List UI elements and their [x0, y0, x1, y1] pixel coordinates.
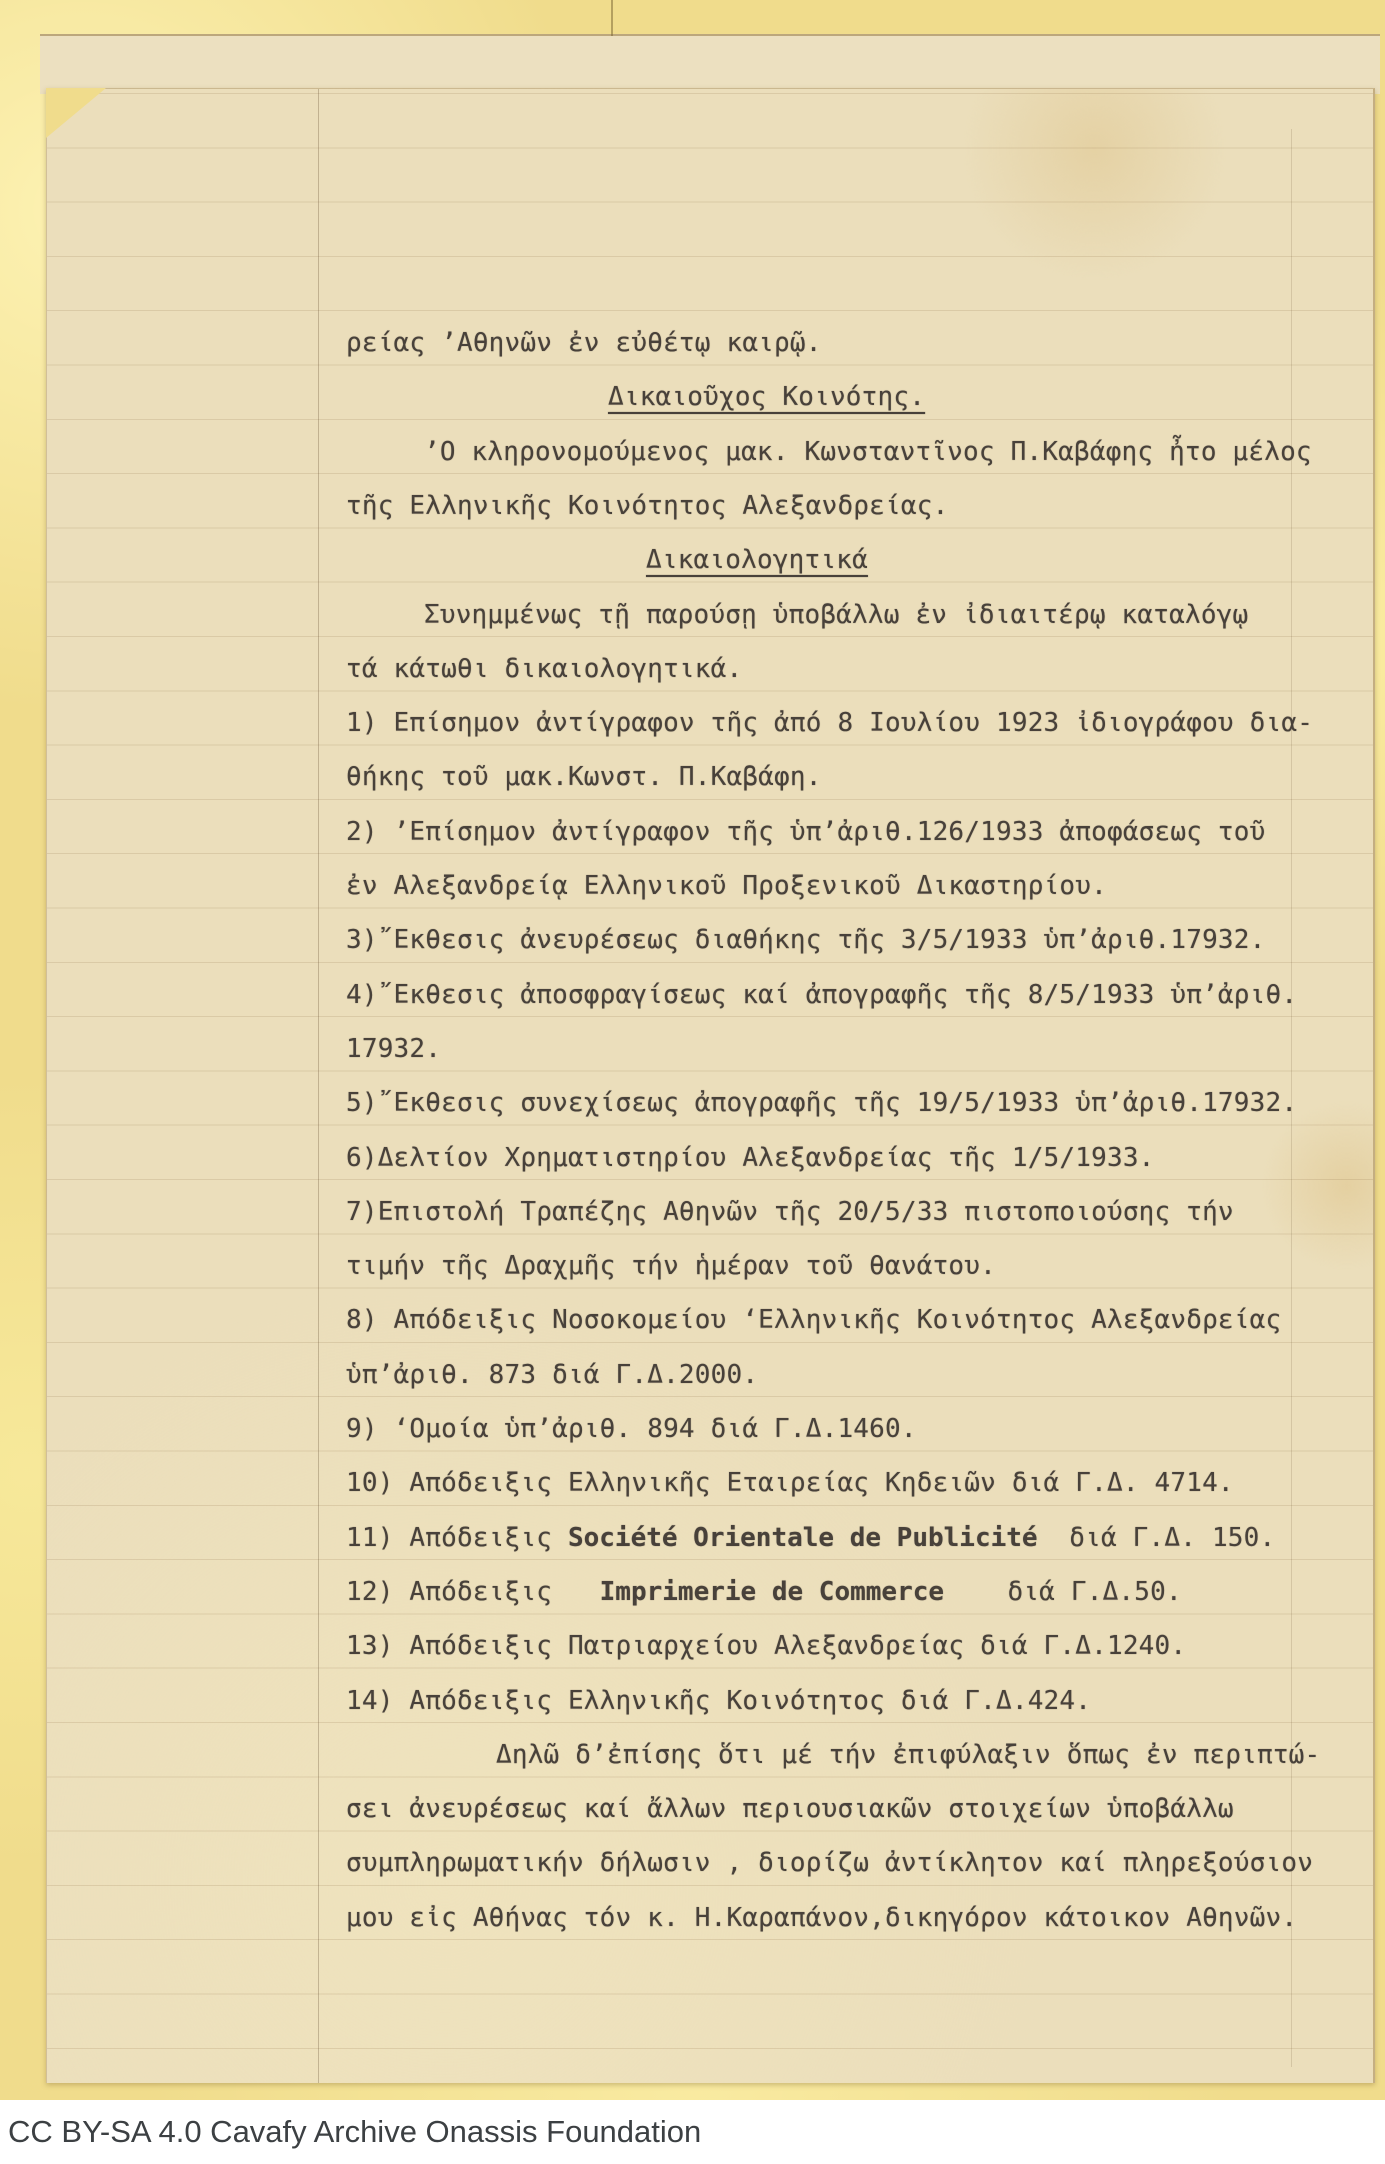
typed-segment: ’Ο κληρονομούμενος μακ. Κωνσταντῖνος Π.Κ… — [424, 437, 1312, 467]
typed-line: Δηλῶ δ’ἐπίσης ὅτι μέ τήν ἐπιφύλαξιν ὅπως… — [496, 1739, 1320, 1771]
scan-background: ρείας ’Αθηνῶν ἐν εὐθέτῳ καιρῷ.Δικαιοῦχος… — [0, 0, 1385, 2100]
typed-line: 8) Απόδειξις Νοσοκομείου ‘Ελληνικῆς Κοιν… — [346, 1304, 1281, 1336]
typed-heading-line: Δικαιολογητικά — [646, 544, 868, 576]
typed-line: τῆς Ελληνικῆς Κοινότητος Αλεξανδρείας. — [346, 490, 948, 522]
typed-segment: τιμήν τῆς Δραχμῆς τήν ἡμέραν τοῦ θανάτου… — [346, 1251, 996, 1281]
typed-line: 4)῎Εκθεσις ἀποσφραγίσεως καί ἀπογραφῆς τ… — [346, 979, 1297, 1011]
typed-segment: μου εἰς Αθήνας τόν κ. Η.Καραπάνον,δικηγό… — [346, 1903, 1297, 1933]
typed-segment: 9) ‘Ομοία ὑπ’ἀριθ. 894 διά Γ.Δ.1460. — [346, 1414, 917, 1444]
typed-line: ὑπ’ἀριθ. 873 διά Γ.Δ.2000. — [346, 1359, 758, 1391]
typed-segment: Δηλῶ δ’ἐπίσης ὅτι μέ τήν ἐπιφύλαξιν ὅπως… — [496, 1740, 1320, 1770]
typed-line: ἐν Αλεξανδρείᾳ Ελληνικοῦ Προξενικοῦ Δικα… — [346, 870, 1107, 902]
document-sheet: ρείας ’Αθηνῶν ἐν εὐθέτῳ καιρῷ.Δικαιοῦχος… — [46, 88, 1375, 2083]
typed-line: 7)Επιστολή Τραπέζης Αθηνῶν τῆς 20/5/33 π… — [346, 1196, 1234, 1228]
typed-latin-segment: Imprimerie de Commerce — [600, 1577, 944, 1607]
typed-line: 13) Απόδειξις Πατριαρχείου Αλεξανδρείας … — [346, 1630, 1186, 1662]
typed-segment: ὑπ’ἀριθ. 873 διά Γ.Δ.2000. — [346, 1360, 758, 1390]
typed-line: 9) ‘Ομοία ὑπ’ἀριθ. 894 διά Γ.Δ.1460. — [346, 1413, 917, 1445]
typed-segment: 1) Επίσημον ἀντίγραφον τῆς ἀπό 8 Ιουλίου… — [346, 708, 1313, 738]
typed-heading-line: Δικαιοῦχος Κοινότης. — [608, 381, 925, 413]
typed-line: τά κάτωθι δικαιολογητικά. — [346, 653, 742, 685]
typed-line: 2) ’Επίσημον ἀντίγραφον τῆς ὑπ’ἀριθ.126/… — [346, 816, 1266, 848]
typed-segment: 6)Δελτίον Χρηματιστηρίου Αλεξανδρείας τῆ… — [346, 1143, 1155, 1173]
typed-segment: 14) Απόδειξις Ελληνικῆς Κοινότητος διά Γ… — [346, 1686, 1091, 1716]
typed-line: τιμήν τῆς Δραχμῆς τήν ἡμέραν τοῦ θανάτου… — [346, 1250, 996, 1282]
typed-line: 11) Απόδειξις Société Orientale de Publi… — [346, 1522, 1275, 1554]
scanned-document-page: ρείας ’Αθηνῶν ἐν εὐθέτῳ καιρῷ.Δικαιοῦχος… — [0, 0, 1385, 2164]
typed-line: Συνημμένως τῇ παρούσῃ ὑποβάλλω ἐν ἰδιαιτ… — [424, 599, 1248, 631]
backing-sheet-edge — [40, 34, 1380, 94]
typed-line: 1) Επίσημον ἀντίγραφον τῆς ἀπό 8 Ιουλίου… — [346, 707, 1313, 739]
typed-segment: τά κάτωθι δικαιολογητικά. — [346, 654, 742, 684]
typed-line: μου εἰς Αθήνας τόν κ. Η.Καραπάνον,δικηγό… — [346, 1902, 1297, 1934]
typed-segment: τῆς Ελληνικῆς Κοινότητος Αλεξανδρείας. — [346, 491, 948, 521]
typed-line: 10) Απόδειξις Ελληνικῆς Εταιρείας Κηδειῶ… — [346, 1467, 1234, 1499]
typed-latin-segment: Société Orientale de Publicité — [568, 1523, 1038, 1553]
typed-segment: 17932. — [346, 1034, 441, 1064]
typed-segment: 11) Απόδειξις — [346, 1523, 568, 1553]
fold-line — [318, 89, 319, 2083]
typed-line: ρείας ’Αθηνῶν ἐν εὐθέτῳ καιρῷ. — [346, 327, 822, 359]
typed-segment: διά Γ.Δ.50. — [944, 1577, 1182, 1607]
typed-line: θήκης τοῦ μακ.Κωνστ. Π.Καβάφη. — [346, 761, 822, 793]
typed-segment: ἐν Αλεξανδρείᾳ Ελληνικοῦ Προξενικοῦ Δικα… — [346, 871, 1107, 901]
page-edge-mark — [611, 0, 613, 36]
typed-line: 5)῎Εκθεσις συνεχίσεως ἀπογραφῆς τῆς 19/5… — [346, 1087, 1297, 1119]
typed-segment: θήκης τοῦ μακ.Κωνστ. Π.Καβάφη. — [346, 762, 822, 792]
attribution-bar: CC BY-SA 4.0 Cavafy Archive Onassis Foun… — [0, 2100, 1385, 2164]
typed-line: 17932. — [346, 1033, 441, 1065]
typed-line: 3)῎Εκθεσις ἀνευρέσεως διαθήκης τῆς 3/5/1… — [346, 924, 1266, 956]
typed-segment: 5)῎Εκθεσις συνεχίσεως ἀπογραφῆς τῆς 19/5… — [346, 1088, 1297, 1118]
typed-segment: Συνημμένως τῇ παρούσῃ ὑποβάλλω ἐν ἰδιαιτ… — [424, 600, 1248, 630]
typed-segment: σει ἀνευρέσεως καί ἄλλων περιουσιακῶν στ… — [346, 1794, 1234, 1824]
typed-line: 6)Δελτίον Χρηματιστηρίου Αλεξανδρείας τῆ… — [346, 1142, 1155, 1174]
typed-segment: 7)Επιστολή Τραπέζης Αθηνῶν τῆς 20/5/33 π… — [346, 1197, 1234, 1227]
license-attribution: CC BY-SA 4.0 Cavafy Archive Onassis Foun… — [0, 2114, 701, 2150]
typed-line: ’Ο κληρονομούμενος μακ. Κωνσταντῖνος Π.Κ… — [424, 436, 1312, 468]
corner-cut — [46, 88, 106, 138]
typed-segment: Δικαιολογητικά — [646, 545, 868, 575]
typed-line: 12) Απόδειξις Imprimerie de Commerce διά… — [346, 1576, 1182, 1608]
typed-segment: 12) Απόδειξις — [346, 1577, 600, 1607]
typed-line: συμπληρωματικήν δήλωσιν , διορίζω ἀντίκλ… — [346, 1847, 1313, 1879]
typed-line: 14) Απόδειξις Ελληνικῆς Κοινότητος διά Γ… — [346, 1685, 1091, 1717]
typed-segment: ρείας ’Αθηνῶν ἐν εὐθέτῳ καιρῷ. — [346, 328, 822, 358]
typed-segment: 4)῎Εκθεσις ἀποσφραγίσεως καί ἀπογραφῆς τ… — [346, 980, 1297, 1010]
typed-segment: συμπληρωματικήν δήλωσιν , διορίζω ἀντίκλ… — [346, 1848, 1313, 1878]
typed-segment: Δικαιοῦχος Κοινότης. — [608, 382, 925, 412]
typed-segment: διά Γ.Δ. 150. — [1038, 1523, 1276, 1553]
typed-segment: 8) Απόδειξις Νοσοκομείου ‘Ελληνικῆς Κοιν… — [346, 1305, 1281, 1335]
typed-line: σει ἀνευρέσεως καί ἄλλων περιουσιακῶν στ… — [346, 1793, 1234, 1825]
typed-segment: 10) Απόδειξις Ελληνικῆς Εταιρείας Κηδειῶ… — [346, 1468, 1234, 1498]
typed-segment: 3)῎Εκθεσις ἀνευρέσεως διαθήκης τῆς 3/5/1… — [346, 925, 1266, 955]
typed-segment: 2) ’Επίσημον ἀντίγραφον τῆς ὑπ’ἀριθ.126/… — [346, 817, 1266, 847]
typed-segment: 13) Απόδειξις Πατριαρχείου Αλεξανδρείας … — [346, 1631, 1186, 1661]
